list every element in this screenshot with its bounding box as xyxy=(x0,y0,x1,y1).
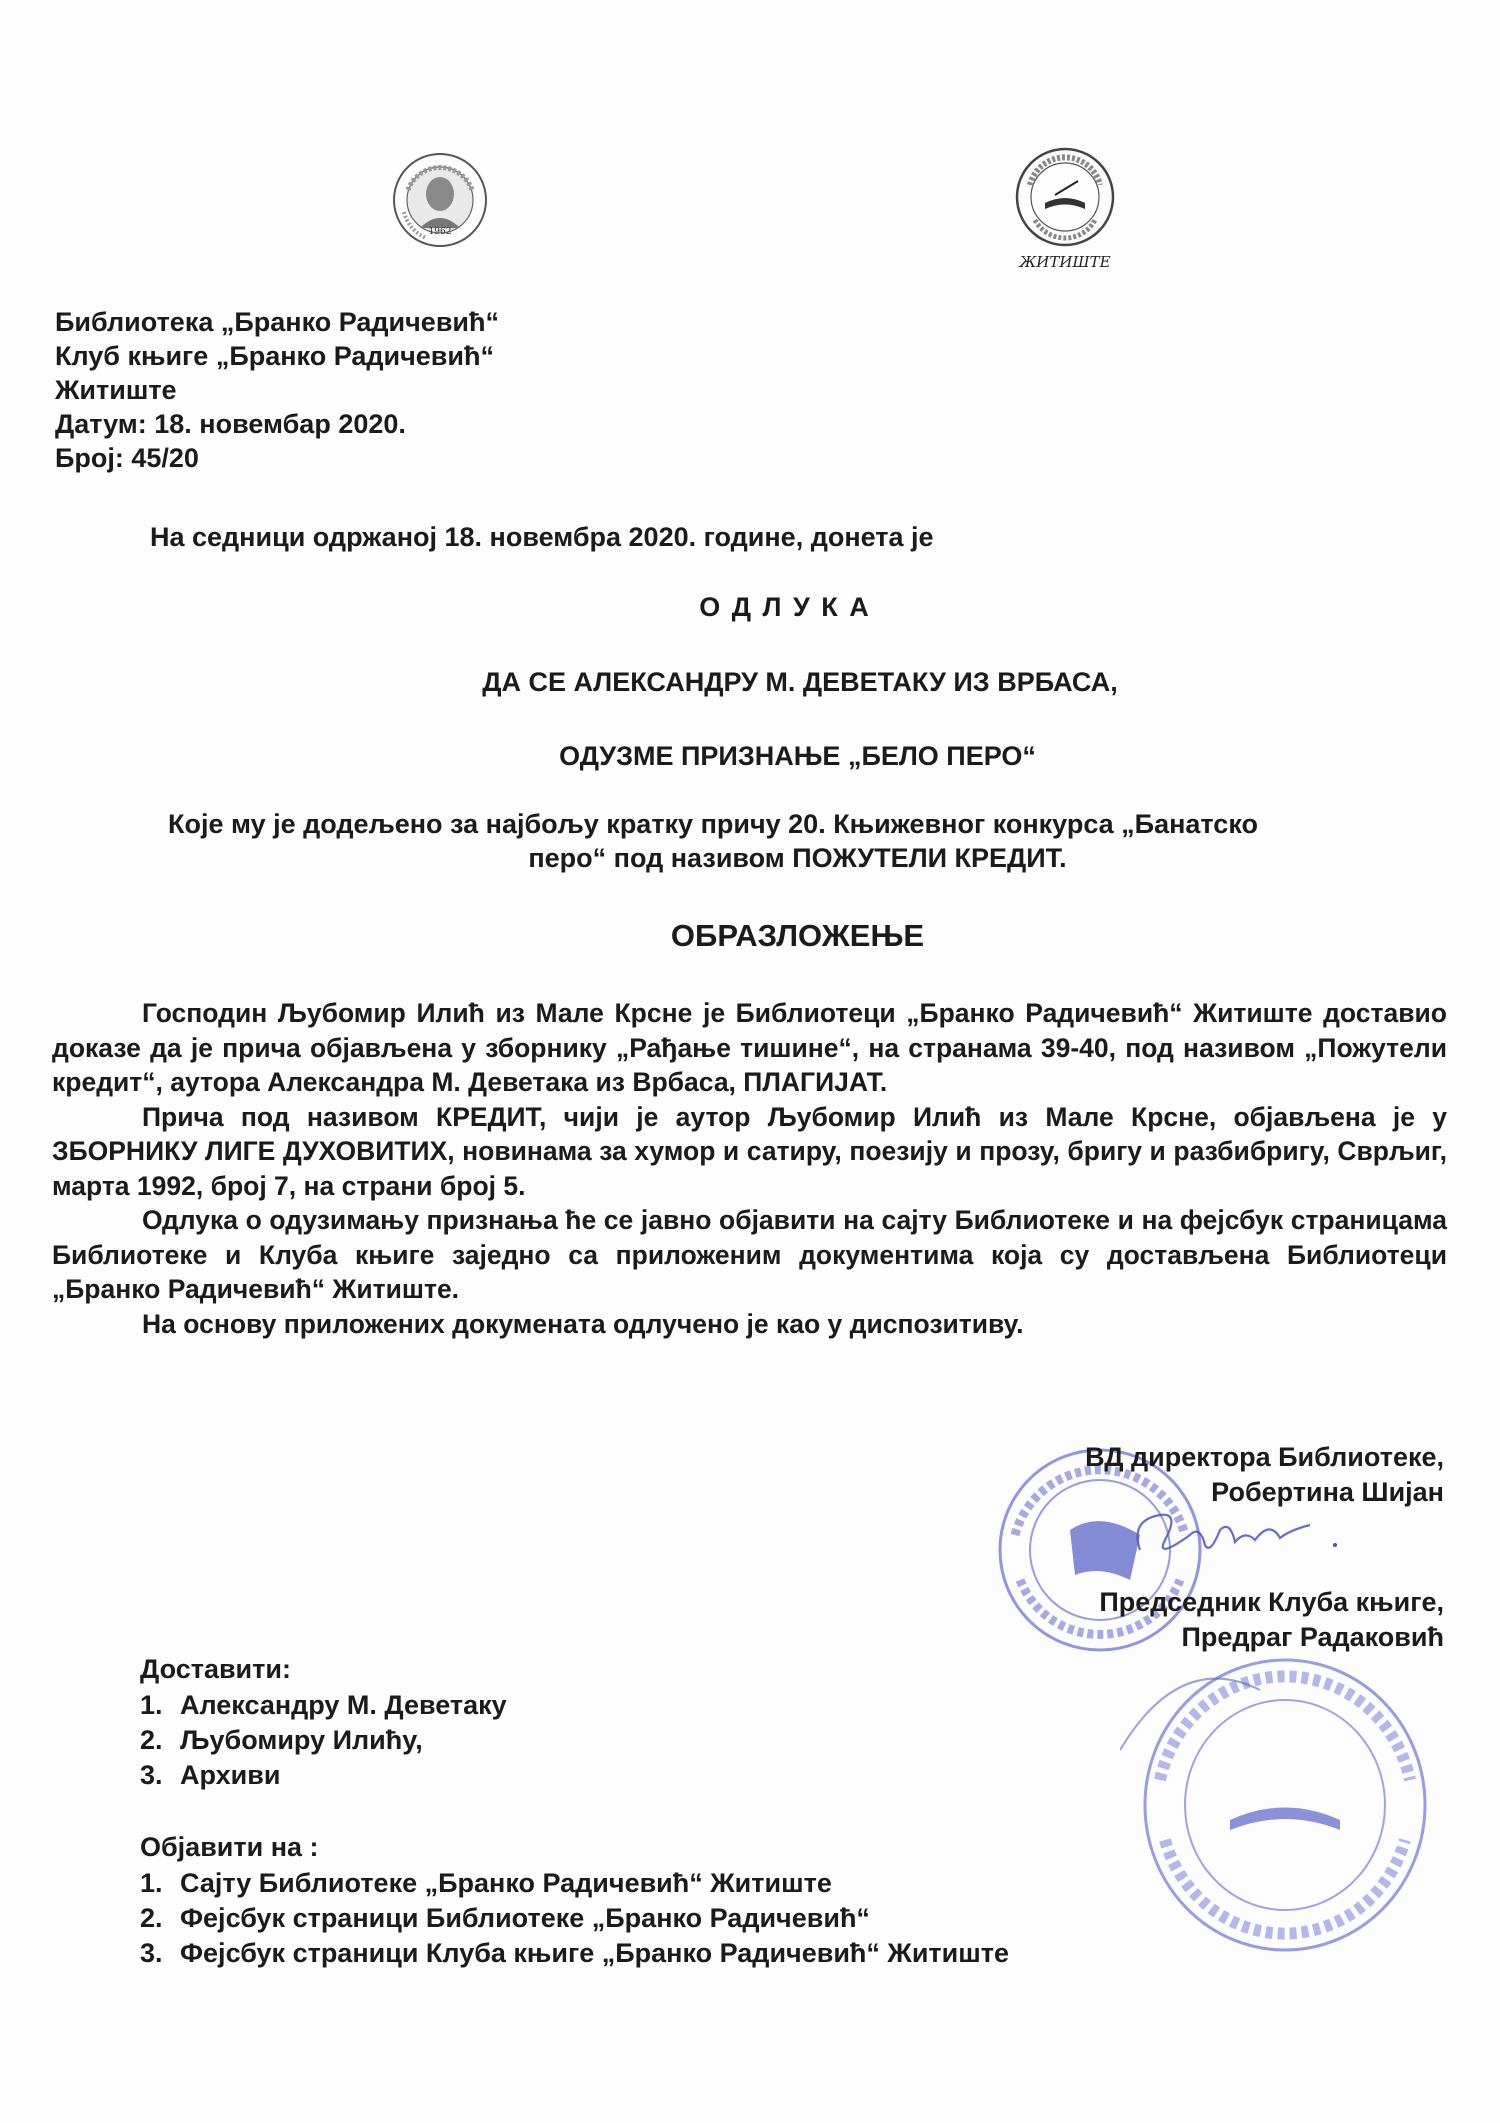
director-name: Робертина Шијан xyxy=(1211,1475,1444,1509)
deliver-label: Доставити: xyxy=(140,1652,507,1686)
intro-text: На седници одржаној 18. новембра 2020. г… xyxy=(150,520,934,554)
publish-section: Објавити на : 1.Сајту Библиотеке „Бранко… xyxy=(140,1830,1009,1971)
library-seal-icon: 1962 xyxy=(390,150,490,250)
svg-text:ЖИТИШТЕ: ЖИТИШТЕ xyxy=(1018,253,1110,271)
library-logo: 1962 xyxy=(390,150,490,250)
book-club-logo: ЖИТИШТЕ xyxy=(1010,145,1120,275)
publish-item: 3.Фејсбук страници Клуба књиге „Бранко Р… xyxy=(140,1936,1009,1971)
publish-list: 1.Сајту Библиотеке „Бранко Радичевић“ Жи… xyxy=(140,1866,1009,1971)
decision-line-1: ДА СЕ АЛЕКСАНДРУ М. ДЕВЕТАКУ ИЗ ВРБАСА, xyxy=(0,665,1500,699)
rationale-title: ОБРАЗЛОЖЕЊЕ xyxy=(0,918,1500,954)
director-title: ВД директора Библиотеке, xyxy=(1085,1440,1444,1474)
deliver-item: 1.Александру М. Деветаку xyxy=(140,1688,507,1723)
stamp-icon xyxy=(1120,1630,1450,1970)
rationale-paragraph: Одлука о одузимању признања ће се јавно … xyxy=(52,1203,1447,1307)
publish-item: 2.Фејсбук страници Библиотеке „Бранко Ра… xyxy=(140,1901,1009,1936)
svg-text:1962: 1962 xyxy=(429,227,452,237)
date: Датум: 18. новембар 2020. xyxy=(55,407,499,441)
signature-icon xyxy=(1120,1500,1370,1570)
deliver-item: 2.Љубомиру Илићу, xyxy=(140,1723,507,1758)
book-club-seal-icon: ЖИТИШТЕ xyxy=(1010,145,1120,275)
rationale-paragraph: Прича под називом КРЕДИТ, чији је аутор … xyxy=(52,1100,1447,1204)
deliver-list: 1.Александру М. Деветаку 2.Љубомиру Илић… xyxy=(140,1688,507,1793)
decision-line-3b: перо“ под називом ПОЖУТЕЛИ КРЕДИТ. xyxy=(0,841,1500,875)
reference-number: Број: 45/20 xyxy=(55,441,499,475)
president-name: Предраг Радаковић xyxy=(1182,1620,1444,1654)
president-title: Председник Клуба књиге, xyxy=(1099,1585,1444,1619)
deliver-section: Доставити: 1.Александру М. Деветаку 2.Љу… xyxy=(140,1652,507,1793)
decision-line-2: ОДУЗМЕ ПРИЗНАЊЕ „БЕЛО ПЕРО“ xyxy=(0,739,1500,773)
decision-line-3a: Које му је додељено за најбољу кратку пр… xyxy=(168,807,1258,841)
club-name: Клуб књиге „Бранко Радичевић“ xyxy=(55,339,499,373)
town: Житиште xyxy=(55,373,499,407)
letterhead: Библиотека „Бранко Радичевић“ Клуб књиге… xyxy=(55,305,499,475)
decision-title: О Д Л У К А xyxy=(0,590,1500,624)
book-club-stamp xyxy=(1120,1630,1450,1970)
document-page: 1962 ЖИТИШТЕ Библиотека „Бранко Радичеви… xyxy=(0,0,1500,2123)
rationale-paragraph: На основу приложених докумената одлучено… xyxy=(52,1307,1447,1342)
publish-item: 1.Сајту Библиотеке „Бранко Радичевић“ Жи… xyxy=(140,1866,1009,1901)
publish-label: Објавити на : xyxy=(140,1830,1009,1864)
rationale-paragraph: Господин Љубомир Илић из Мале Крсне је Б… xyxy=(52,996,1447,1100)
rationale-body: Господин Љубомир Илић из Мале Крсне је Б… xyxy=(52,996,1447,1341)
deliver-item: 3.Архиви xyxy=(140,1758,507,1793)
library-name: Библиотека „Бранко Радичевић“ xyxy=(55,305,499,339)
director-signature xyxy=(1120,1500,1370,1570)
